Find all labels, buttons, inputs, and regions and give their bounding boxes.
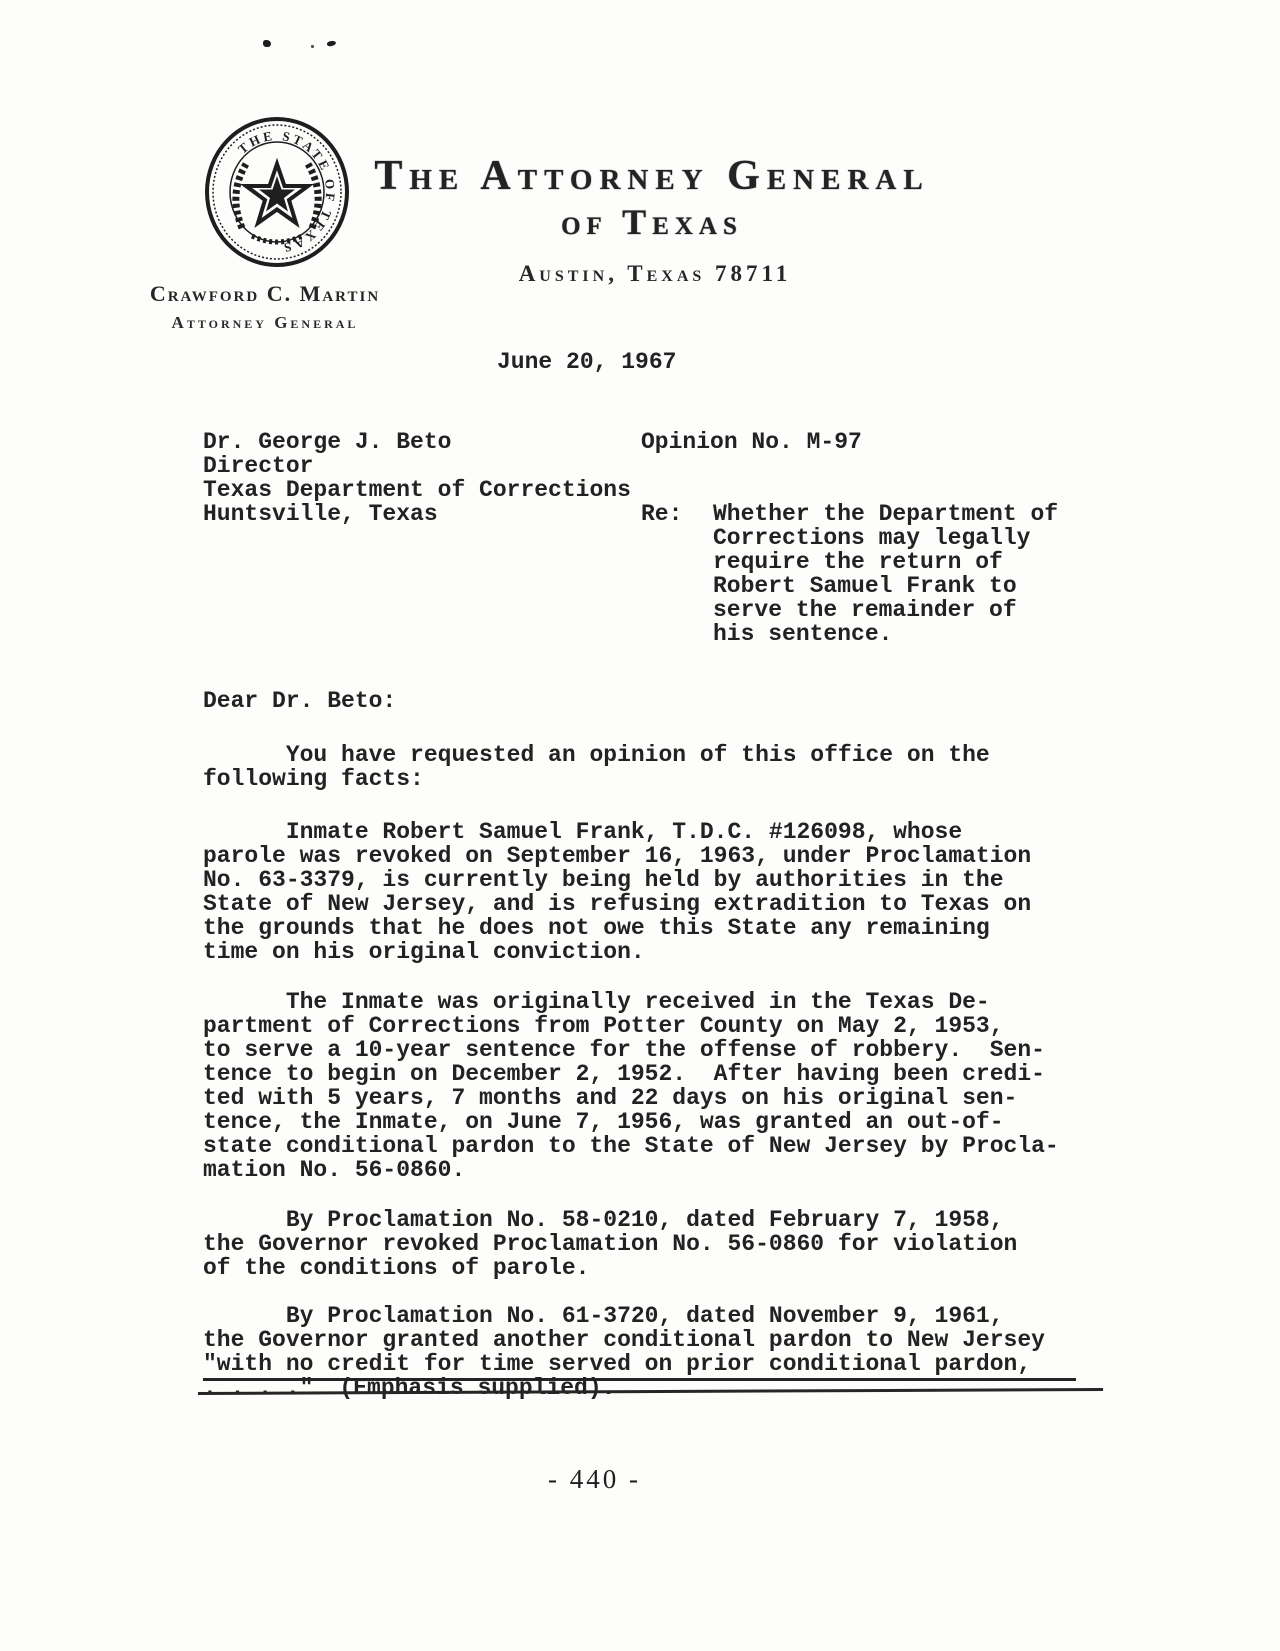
texas-state-seal: THE STATE OF TEXAS <box>204 116 350 268</box>
opinion-number: Opinion No. M-97 <box>641 430 862 454</box>
scan-speck <box>327 40 337 47</box>
paragraph-3: The Inmate was originally received in th… <box>203 990 1059 1182</box>
letterhead-title-line1: The Attorney General <box>340 152 964 200</box>
paragraph-1: You have requested an opinion of this of… <box>203 743 990 791</box>
underlined-quotation: "with no credit for time served on prior… <box>203 1351 1076 1381</box>
paragraph-4: By Proclamation No. 58-0210, dated Febru… <box>203 1208 1017 1280</box>
re-subject-text: Whether the Department of Corrections ma… <box>713 502 1058 646</box>
scan-speck <box>311 45 314 48</box>
paragraph-5: By Proclamation No. 61-3720, dated Novem… <box>203 1304 1076 1400</box>
scan-speck <box>263 40 271 47</box>
salutation: Dear Dr. Beto: <box>203 689 396 713</box>
re-label: Re: <box>641 502 682 526</box>
quotation-ellipsis: . . . ." <box>203 1375 313 1401</box>
letterhead-city-line: Austin, Texas 78711 <box>440 261 870 287</box>
paragraph-5-line2: the Governor granted another conditional… <box>203 1327 1045 1353</box>
letter-date: June 20, 1967 <box>497 350 676 374</box>
document-page: THE STATE OF TEXAS The Attorney General … <box>0 0 1280 1651</box>
attorney-general-title: Attorney General <box>112 313 418 333</box>
emphasis-note: (Emphasis supplied). <box>339 1375 615 1401</box>
page-number: - 440 - <box>548 1464 641 1495</box>
attorney-general-name: Crawford C. Martin <box>112 281 418 307</box>
recipient-address-block: Dr. George J. Beto Director Texas Depart… <box>203 430 631 526</box>
letterhead-title-line2: of Texas <box>340 201 964 243</box>
paragraph-2: Inmate Robert Samuel Frank, T.D.C. #1260… <box>203 820 1031 964</box>
paragraph-5-line1: By Proclamation No. 61-3720, dated Novem… <box>203 1303 1004 1329</box>
